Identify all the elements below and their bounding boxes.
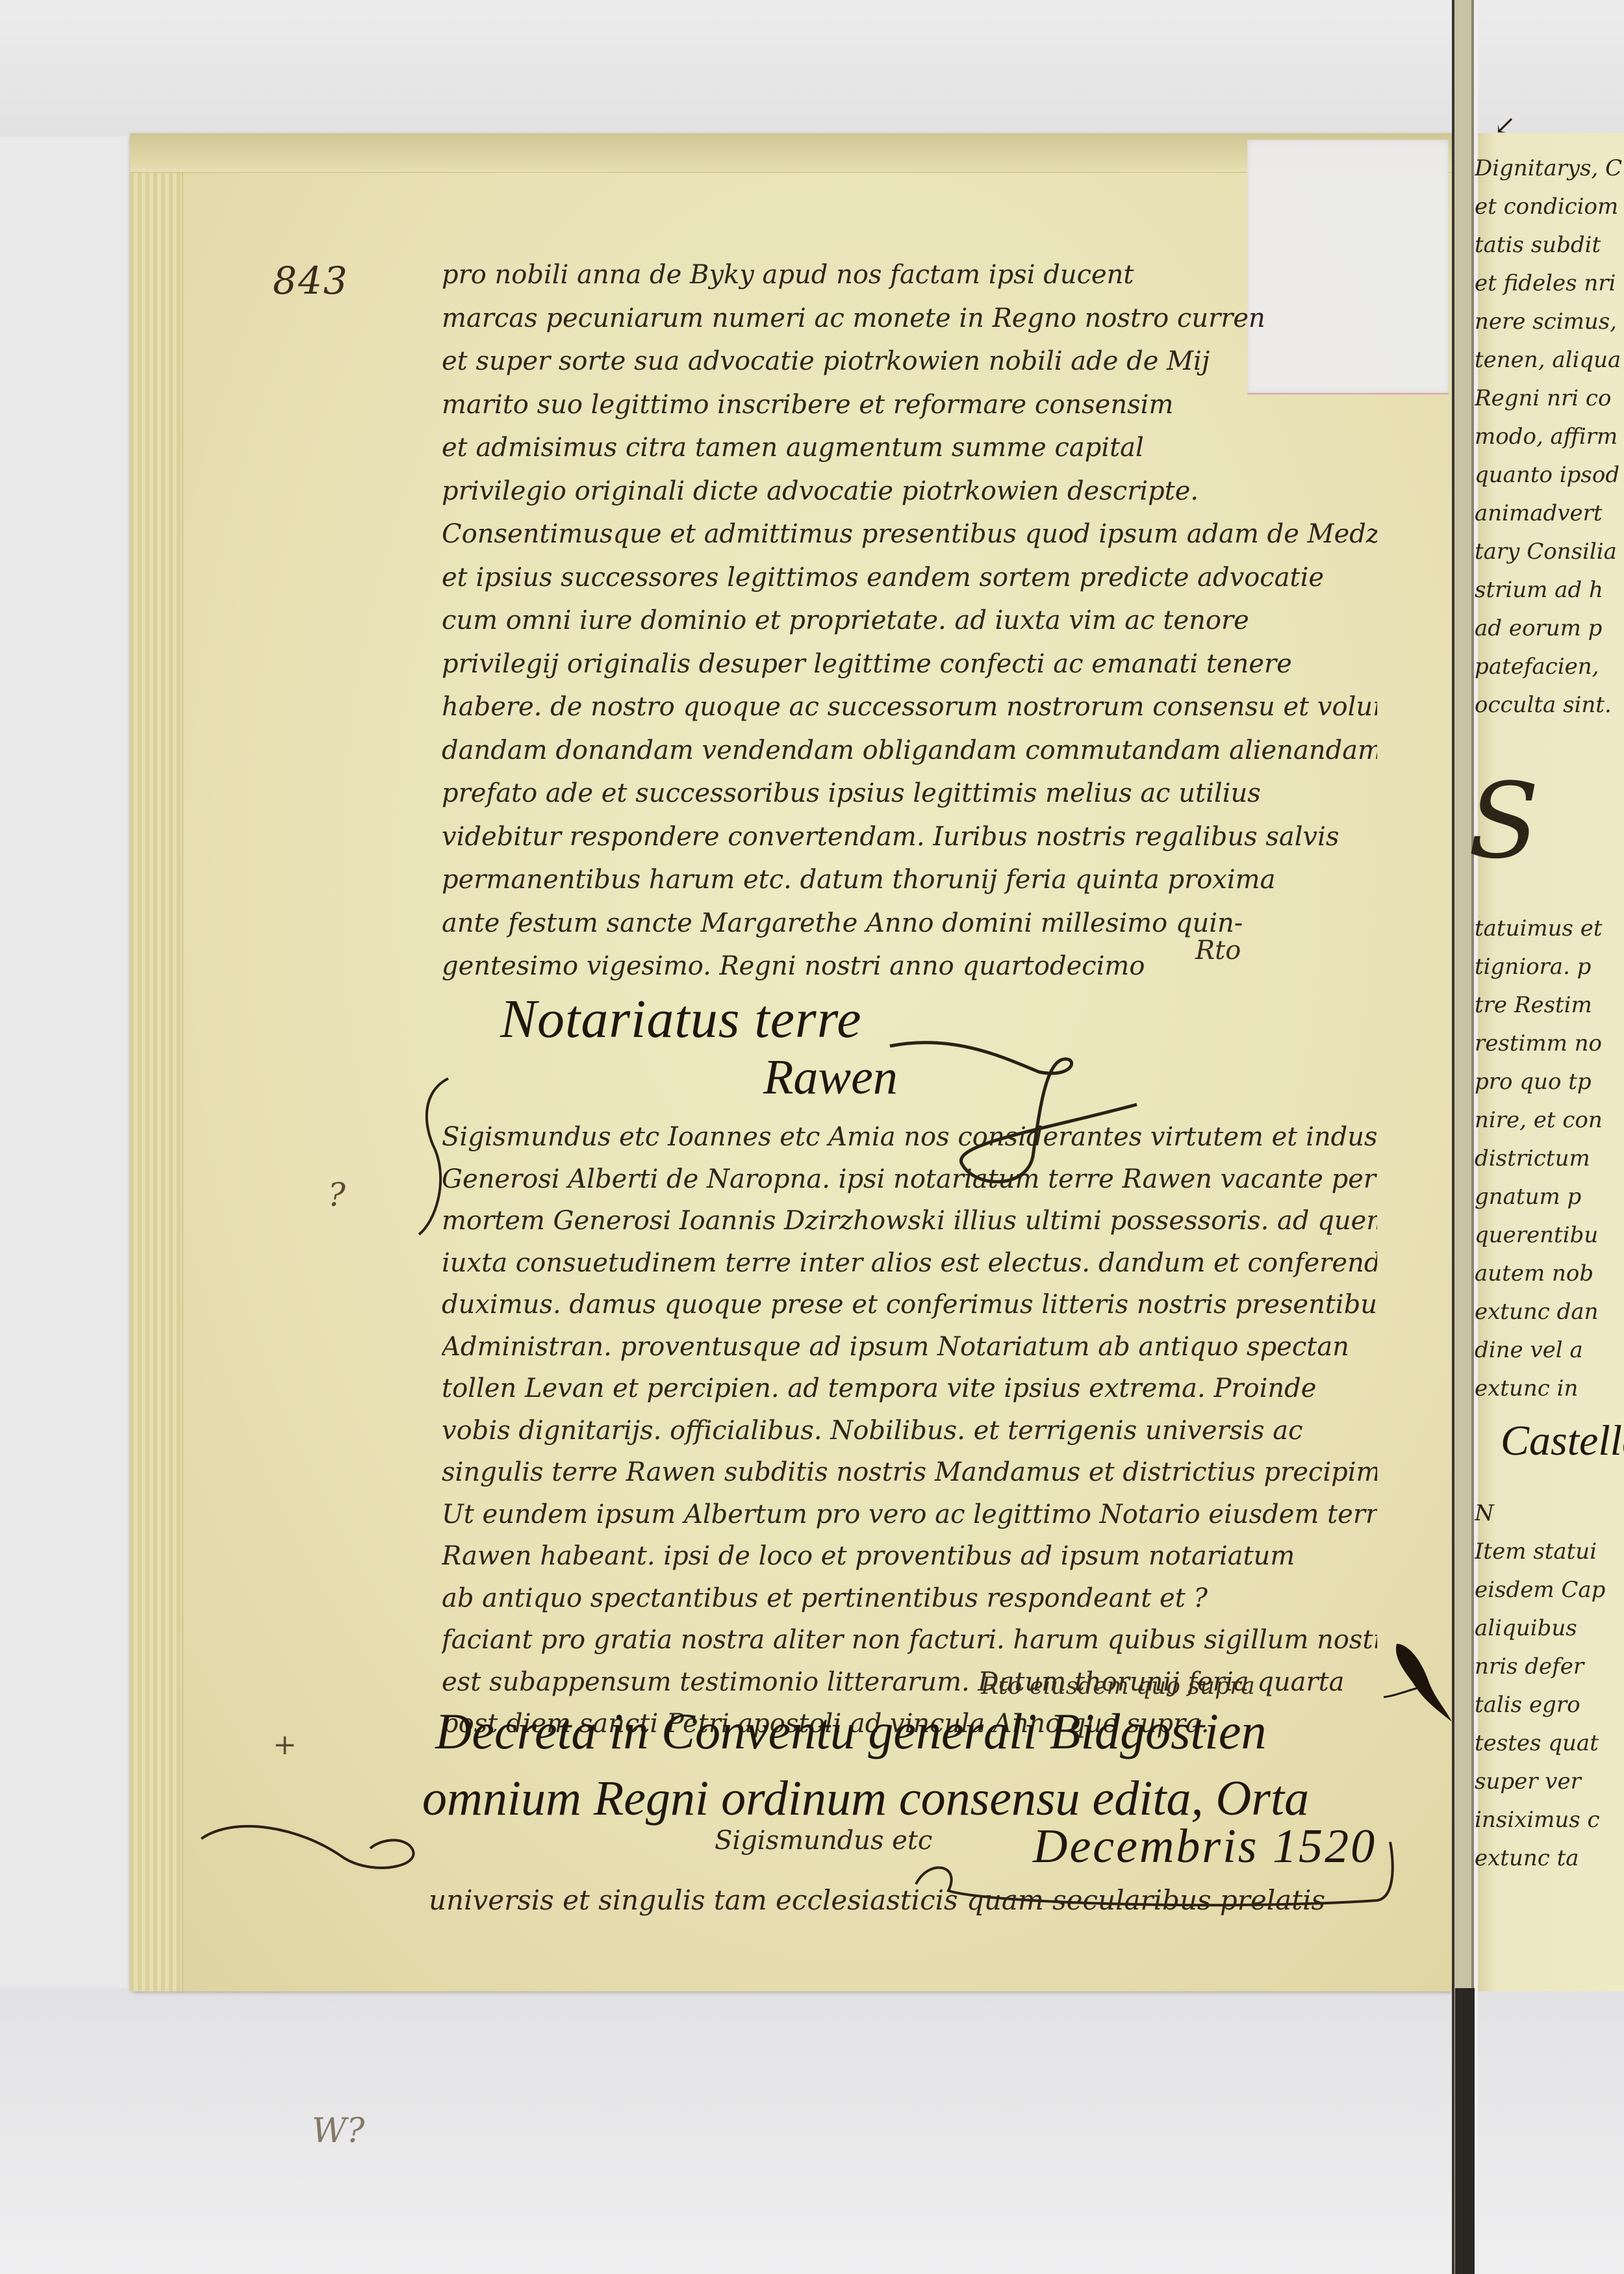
scan-backdrop-bottom	[0, 1988, 1624, 2274]
text-line: tre Restim	[1475, 986, 1624, 1025]
text-line: Administran. proventusque ad ipsum Notar…	[442, 1326, 1377, 1368]
text-line: et super sorte sua advocatie piotrkowien…	[442, 340, 1377, 383]
text-line: Dignitarys, C	[1475, 149, 1624, 188]
text-line: vobis dignitarijs. officialibus. Nobilib…	[442, 1410, 1377, 1452]
text-line: N	[1475, 1494, 1624, 1533]
text-block-1: pro nobili anna de Byky apud nos factam …	[442, 253, 1377, 988]
text-line: eisdem Cap	[1475, 1571, 1624, 1609]
text-line: tollen Levan et percipien. ad tempora vi…	[442, 1368, 1377, 1410]
text-line: districtum	[1475, 1140, 1624, 1178]
text-line: talis egro	[1475, 1686, 1624, 1724]
text-line: extunc ta	[1475, 1839, 1624, 1878]
text-line: et admisimus citra tamen augmentum summe…	[442, 426, 1377, 470]
text-line: querentibu	[1475, 1216, 1624, 1255]
section-heading-decreta: Decreta in Conventu generali Bidgostien	[435, 1702, 1267, 1761]
text-line: mortem Generosi Ioannis Dzirzhowski illi…	[442, 1200, 1377, 1242]
text-line: gnatum p	[1475, 1178, 1624, 1216]
text-line: restimm no	[1475, 1025, 1624, 1063]
text-line: insiximus c	[1475, 1801, 1624, 1839]
text-line: strium ad h	[1475, 571, 1624, 609]
text-line: super ver	[1475, 1763, 1624, 1801]
text-block-2: Sigismundus etc Ioannes etc Amia nos con…	[442, 1116, 1377, 1745]
text-line: et ipsius successores legittimos eandem …	[442, 556, 1377, 600]
text-line: privilegij originalis desuper legittime …	[442, 643, 1377, 686]
text-line: Sigismundus etc Ioannes etc Amia nos con…	[442, 1116, 1377, 1158]
notary-signature-2: Rto eiusdem quo supra	[981, 1673, 1255, 1700]
notary-signature-1: Rto	[1195, 936, 1241, 965]
text-line: ab antiquo spectantibus et pertinentibus…	[442, 1578, 1377, 1620]
section-heading-notariatus: Notariatus terre	[500, 988, 862, 1051]
text-line: nire, et con	[1475, 1101, 1624, 1140]
scan-backdrop-top	[0, 0, 1624, 136]
text-line: dine vel a	[1475, 1331, 1624, 1370]
text-line: extunc dan	[1475, 1293, 1624, 1331]
section-heading-decreta-line-2: omnium Regni ordinum consensu edita, Ort…	[422, 1770, 1309, 1827]
text-line: Item statui	[1475, 1533, 1624, 1571]
text-line: pro nobili anna de Byky apud nos factam …	[442, 253, 1377, 297]
bird-pen-sketch-icon	[1384, 1637, 1455, 1728]
text-line: patefacien,	[1475, 648, 1624, 686]
text-line: cum omni iure dominio et proprietate. ad…	[442, 599, 1377, 643]
text-line: extunc in	[1475, 1370, 1624, 1408]
sigismundus-note: Sigismundus etc	[715, 1826, 932, 1856]
text-line: animadvert	[1475, 494, 1624, 533]
text-line: nris defer	[1475, 1648, 1624, 1686]
text-line: Generosi Alberti de Naropna. ipsi notari…	[442, 1158, 1377, 1201]
text-line: marito suo legittimo inscribere et refor…	[442, 383, 1377, 427]
text-line: testes quat	[1475, 1724, 1624, 1763]
text-line: marcas pecuniarum numeri ac monete in Re…	[442, 297, 1377, 340]
text-line: et condiciom	[1475, 188, 1624, 226]
final-text-line: universis et singulis tam ecclesiasticis…	[429, 1884, 1325, 1916]
text-line: autem nob	[1475, 1255, 1624, 1293]
text-line: tigniora. p	[1475, 948, 1624, 986]
text-line: Regni nri co	[1475, 379, 1624, 418]
text-line: et fideles nri	[1475, 264, 1624, 303]
text-line: occulta sint.	[1475, 686, 1624, 724]
text-line: tatis subdit	[1475, 226, 1624, 264]
text-line: habere. de nostro quoque ac successorum …	[442, 685, 1377, 729]
binding-strip	[1455, 1988, 1475, 2274]
text-line: tary Consilia	[1475, 533, 1624, 571]
text-line: dandam donandam vendendam obligandam com…	[442, 729, 1377, 773]
text-line: aliquibus	[1475, 1609, 1624, 1648]
text-line: prefato ade et successoribus ipsius legi…	[442, 772, 1377, 815]
text-line: quanto ipsod	[1475, 456, 1624, 494]
u-initial-flourish-icon	[195, 1813, 429, 1891]
text-line: videbitur respondere convertendam. Iurib…	[442, 815, 1377, 859]
text-line: Rawen habeant. ipsi de loco et proventib…	[442, 1535, 1377, 1578]
text-line: permanentibus harum etc. datum thorunij …	[442, 858, 1377, 902]
margin-mark: W?	[312, 2112, 364, 2151]
text-line: iuxta consuetudinem terre inter alios es…	[442, 1242, 1377, 1284]
right-text-block-1: Dignitarys, C et condiciom tatis subdit …	[1475, 149, 1624, 724]
text-line: tatuimus et	[1475, 910, 1624, 948]
text-line: faciant pro gratia nostra aliter non fac…	[442, 1619, 1377, 1661]
text-line: Ut eundem ipsum Albertum pro vero ac leg…	[442, 1494, 1377, 1536]
binding-gutter	[1452, 0, 1478, 2274]
text-line: modo, affirm	[1475, 418, 1624, 456]
text-line: duximus. damus quoque prese et conferimu…	[442, 1284, 1377, 1326]
right-text-block-3: N Item statui eisdem Cap aliquibus nris …	[1475, 1494, 1624, 1878]
text-line: Consentimusque et admittimus presentibus…	[442, 513, 1377, 556]
margin-cross-mark: +	[273, 1728, 297, 1761]
margin-mark: ?	[328, 1176, 346, 1214]
arrow-mark-icon: ↙	[1494, 110, 1516, 140]
text-line: tenen, aliqua	[1475, 341, 1624, 379]
page-edge-stack	[130, 133, 183, 1991]
text-line: pro quo tp	[1475, 1063, 1624, 1101]
text-line: ad eorum p	[1475, 609, 1624, 648]
text-line: privilegio originali dicte advocatie pio…	[442, 470, 1377, 513]
text-line: nere scimus,	[1475, 303, 1624, 341]
right-initial-letter: S	[1468, 760, 1540, 882]
right-section-heading: Castellan	[1501, 1416, 1624, 1466]
page-number: 843	[273, 259, 349, 303]
right-text-block-2: tatuimus et tigniora. p tre Restim resti…	[1475, 910, 1624, 1408]
text-line: singulis terre Rawen subditis nostris Ma…	[442, 1451, 1377, 1494]
